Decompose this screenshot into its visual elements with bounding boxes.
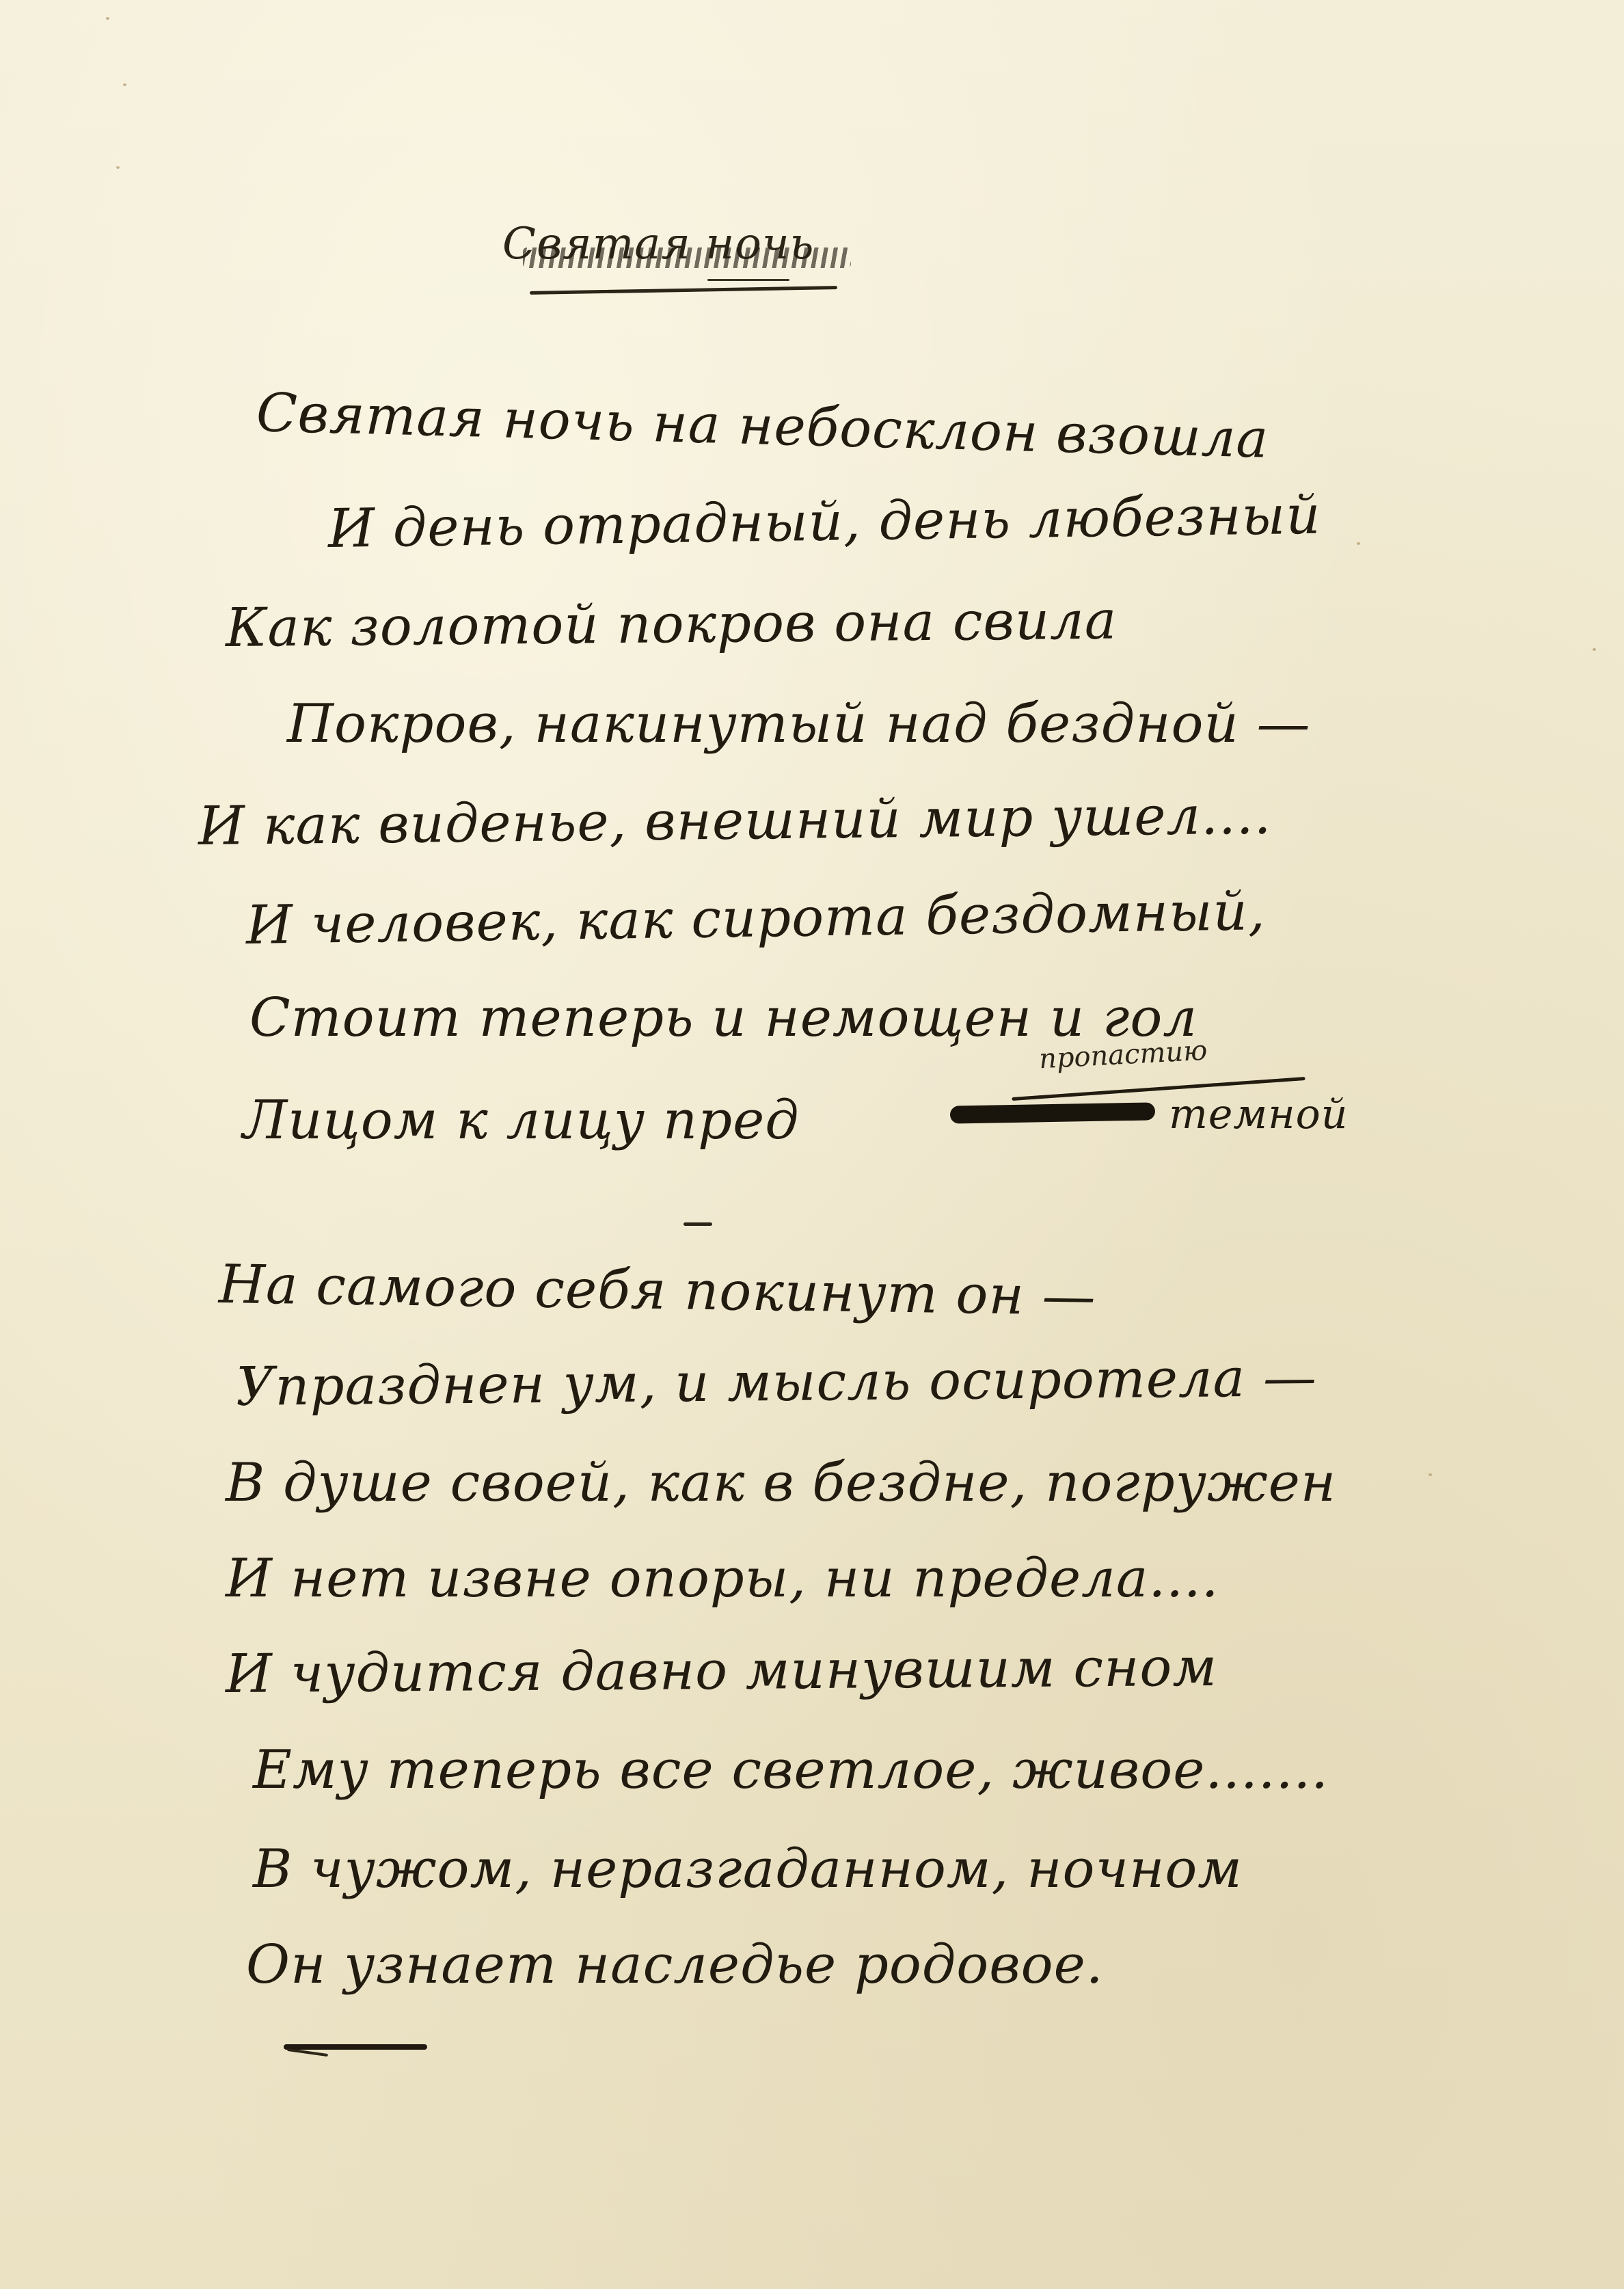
paper-speck <box>123 83 126 86</box>
poem-line: И чудится давно минувшим сном <box>226 1641 1218 1701</box>
poem-line: В чужом, неразгаданном, ночном <box>253 1843 1243 1896</box>
poem-line: В душе своей, как в бездне, погружен <box>226 1456 1336 1510</box>
paper-speck <box>1429 1473 1432 1476</box>
poem-line: На самого себя покинут он — <box>218 1258 1096 1324</box>
poem-line-ending: темной <box>1169 1094 1348 1135</box>
poem-line: И как виденье, внешний мир ушел.... <box>198 789 1272 853</box>
poem-line: Лицом к лицу пред <box>243 1094 800 1147</box>
struck-out-word <box>950 1102 1155 1123</box>
poem-line: Стоит теперь и немощен и гол <box>249 991 1197 1045</box>
poem-line: Ему теперь все светлое, живое....... <box>253 1743 1329 1797</box>
poem-line: И нет извне опоры, ни предела.... <box>226 1552 1219 1605</box>
paper-speck <box>116 166 120 169</box>
stanza-separator <box>684 1222 712 1226</box>
poem-line: Он узнает наследье родовое. <box>246 1938 1104 1992</box>
title-underline-secondary <box>707 279 789 281</box>
poem-line: Покров, накинутый над бездной — <box>287 697 1311 751</box>
title-block: Святая ночь <box>502 205 871 321</box>
title-strikethrough <box>523 247 851 268</box>
title-underline <box>530 286 837 295</box>
poem-line: Как золотой покров она свила <box>226 594 1118 655</box>
manuscript-page: Святая ночь Святая ночь на небосклон взо… <box>0 0 1624 2289</box>
poem-line: И человек, как сирота бездомный, <box>245 885 1266 952</box>
closing-underline <box>284 2044 427 2050</box>
poem-line: И день отрадный, день любезный <box>327 489 1321 556</box>
poem-line: Упразднен ум, и мысль осиротела — <box>236 1351 1318 1414</box>
paper-speck <box>106 17 109 20</box>
paper-speck <box>1593 648 1596 651</box>
paper-speck <box>1357 542 1360 545</box>
poem-line: Святая ночь на небосклон взошла <box>256 386 1269 466</box>
